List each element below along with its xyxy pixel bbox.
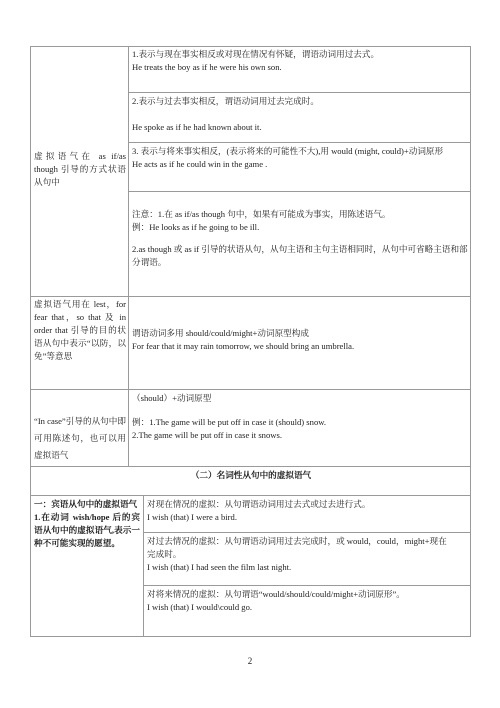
note-text: 注意：1.在 as if/as though 句中，如果有可能成为事实，用陈述语… — [132, 208, 468, 221]
in-case-content: （should）+动词原型 例：1.The game will be put o… — [132, 392, 468, 442]
example-text: I wish (that) I had seen the film last n… — [147, 561, 447, 574]
as-if-row-1: 1.表示与现在事实相反或对现在情况有怀疑，谓语动词用过去式。 He treats… — [132, 48, 468, 74]
in-case-label: “In case”引导的从句中即可用陈述句，也可以用虚拟语气 — [34, 413, 126, 464]
label-title: 一：宾语从句中的虚拟语气 — [34, 498, 140, 511]
example-text: He acts as if he could win in the game . — [132, 158, 468, 171]
row-divider — [143, 532, 471, 533]
label-body: 1.在动词 wish/hope 后的宾语从句中的虚拟语气,表示一种不可能实现的愿… — [34, 511, 140, 550]
rule-text: 2.表示与过去事实相反，谓语动词用过去完成时。 — [132, 95, 468, 108]
row-divider — [128, 191, 471, 192]
lest-content: 谓语动词多用 should/could/might+动词原型构成 For fea… — [132, 327, 468, 353]
example-text: I wish (that) I were a bird. — [147, 511, 469, 524]
row-divider — [128, 92, 471, 93]
wish-row-future: 对将来情况的虚拟：从句谓语“would/should/could/might+动… — [147, 588, 469, 614]
object-clause-label: 一：宾语从句中的虚拟语气 1.在动词 wish/hope 后的宾语从句中的虚拟语… — [34, 498, 140, 550]
as-if-note: 注意：1.在 as if/as though 句中，如果有可能成为事实，用陈述语… — [132, 208, 468, 269]
label-text: 虚拟语气用在 lest，for fear that，so that 及 in o… — [34, 298, 126, 363]
lest-label: 虚拟语气用在 lest，for fear that，so that 及 in o… — [34, 298, 126, 363]
as-if-row-2: 2.表示与过去事实相反，谓语动词用过去完成时。 He spoke as if h… — [132, 95, 468, 134]
label-text: 虚拟语气在 as if/as though 引导的方式状语从句中 — [34, 150, 126, 189]
page-number: 2 — [0, 656, 500, 666]
note-text: 2.as though 或 as if 引导的状语从句，从句主语和主句主语相同时… — [132, 243, 468, 269]
document-page: 虚拟语气在 as if/as though 引导的方式状语从句中 1.表示与现在… — [0, 0, 500, 708]
example-text: I wish (that) I would\could go. — [147, 601, 469, 614]
grammar-table: 虚拟语气在 as if/as though 引导的方式状语从句中 1.表示与现在… — [30, 46, 471, 637]
wish-row-past: 对过去情况的虚拟：从句谓语动词用过去完成时，或 would，could，migh… — [147, 535, 447, 574]
as-if-row-3: 3. 表示与将来事实相反，(表示将来的可能性不大),用 would (might… — [132, 145, 468, 171]
row-divider — [31, 296, 471, 297]
rule-text: 3. 表示与将来事实相反，(表示将来的可能性不大),用 would (might… — [132, 145, 468, 158]
rule-text: （should）+动词原型 — [132, 392, 468, 405]
example-text: He spoke as if he had known about it. — [132, 121, 468, 134]
row-divider — [128, 142, 471, 143]
row-divider — [31, 466, 471, 467]
example-text: He treats the boy as if he were his own … — [132, 61, 468, 74]
rule-text: 谓语动词多用 should/could/might+动词原型构成 — [132, 327, 468, 340]
example-text: For fear that it may rain tomorrow, we s… — [132, 340, 468, 353]
rule-text: 1.表示与现在事实相反或对现在情况有怀疑，谓语动词用过去式。 — [132, 48, 468, 61]
column-divider-bottom — [143, 495, 144, 637]
as-if-label: 虚拟语气在 as if/as though 引导的方式状语从句中 — [34, 150, 126, 189]
column-divider-top — [128, 47, 129, 466]
example-text: 2.The game will be put off in case it sn… — [132, 429, 468, 442]
rule-text: 对现在情况的虚拟：从句谓语动词用过去式或过去进行式。 — [147, 498, 469, 511]
wish-row-present: 对现在情况的虚拟：从句谓语动词用过去式或过去进行式。 I wish (that)… — [147, 498, 469, 524]
row-divider — [143, 585, 471, 586]
rule-text: 对过去情况的虚拟：从句谓语动词用过去完成时，或 would，could，migh… — [147, 535, 447, 561]
rule-text: 对将来情况的虚拟：从句谓语“would/should/could/might+动… — [147, 588, 469, 601]
row-divider — [31, 389, 471, 390]
example-text: 例：1.The game will be put off in case it … — [132, 416, 468, 429]
label-text: “In case”引导的从句中即可用陈述句，也可以用虚拟语气 — [34, 413, 126, 464]
section-header: （二）名词性从句中的虚拟语气 — [31, 469, 471, 482]
example-text: 例：He looks as if he going to be ill. — [132, 221, 468, 234]
row-divider — [31, 495, 471, 496]
